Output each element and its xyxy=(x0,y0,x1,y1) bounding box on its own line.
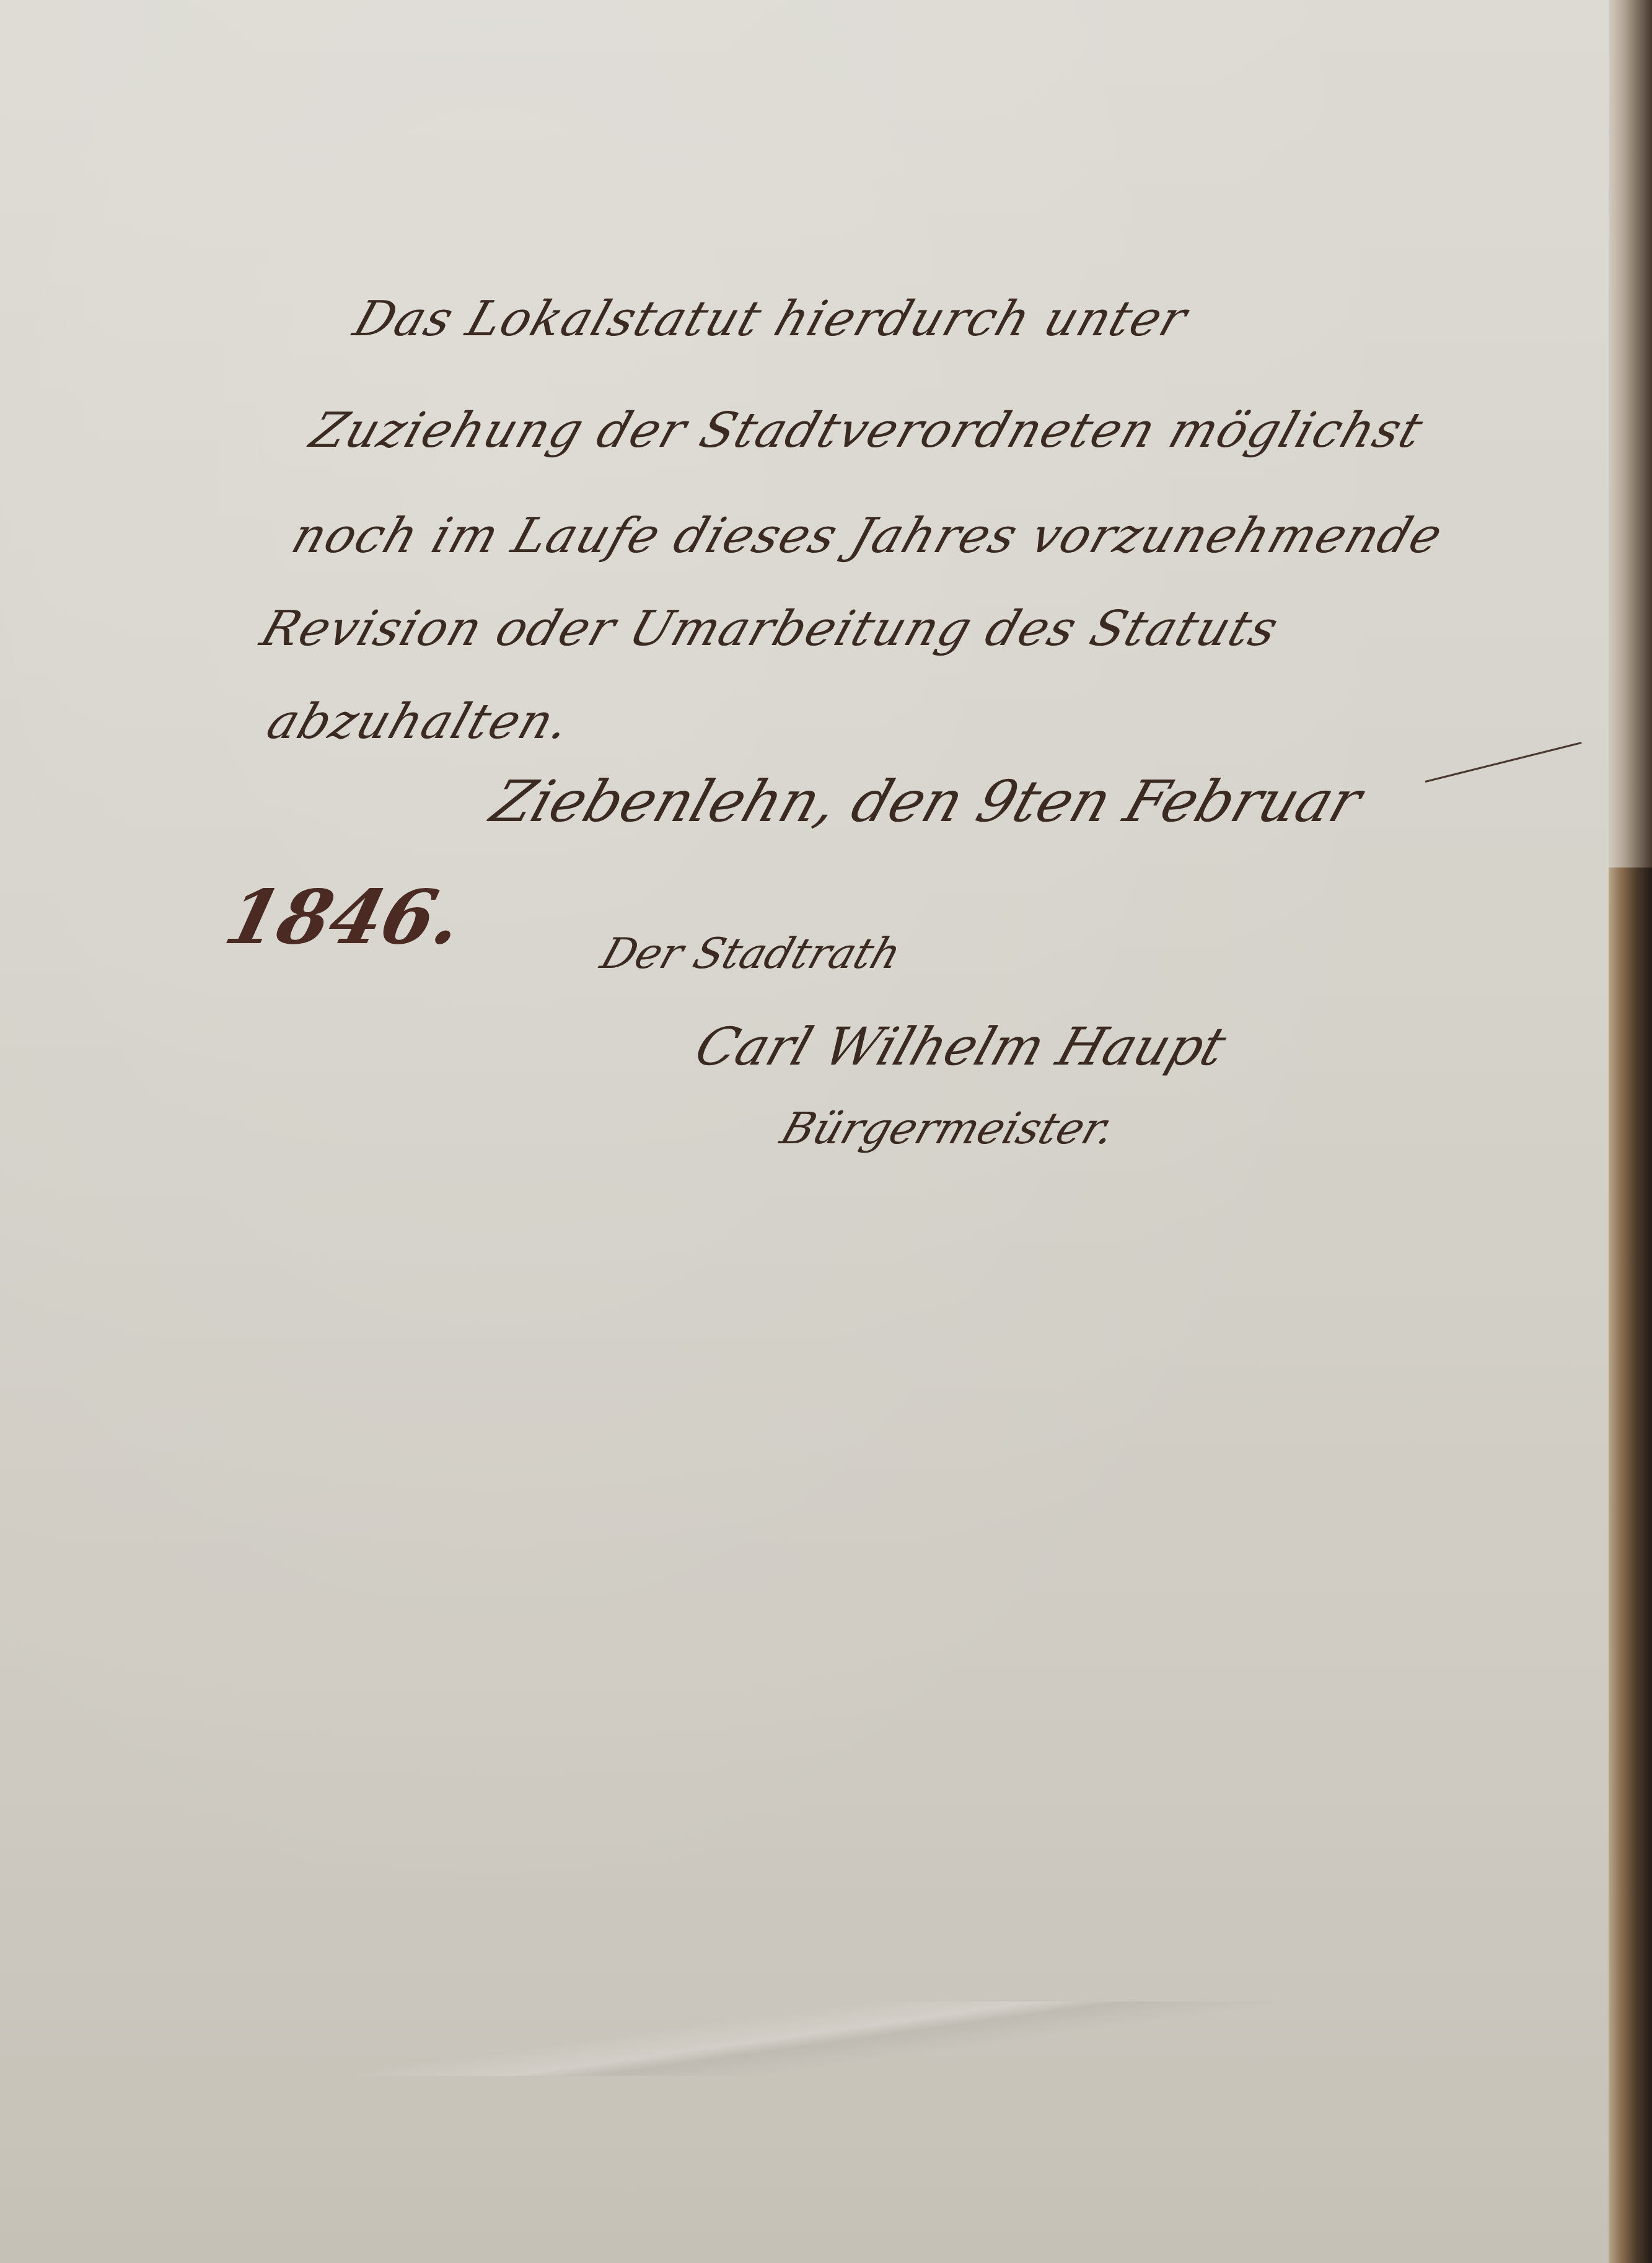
signature-role: Bürgermeister. xyxy=(775,1103,1122,1154)
date-flourish xyxy=(1425,742,1582,783)
body-line-4: Revision oder Umarbeitung des Statuts xyxy=(254,601,1286,657)
body-line-1: Das Lokalstatut hierdurch unter xyxy=(347,291,1195,347)
signature-title: Der Stadtrath xyxy=(595,929,907,978)
body-line-2: Zuziehung der Stadtverordneten möglichst xyxy=(304,403,1431,459)
body-line-5: abzuhalten. xyxy=(260,694,578,750)
body-line-3: noch im Laufe dieses Jahres vorzunehmend… xyxy=(285,508,1450,564)
dateline-place-day: Ziebenlehn, den 9ten Februar xyxy=(483,768,1370,835)
document-page: Das Lokalstatut hierdurch unter Zuziehun… xyxy=(0,0,1636,2263)
signature-name: Carl Wilhelm Haupt xyxy=(688,1016,1233,1077)
page-edge-highlight xyxy=(1609,0,1652,868)
dateline-year: 1846. xyxy=(217,874,472,961)
